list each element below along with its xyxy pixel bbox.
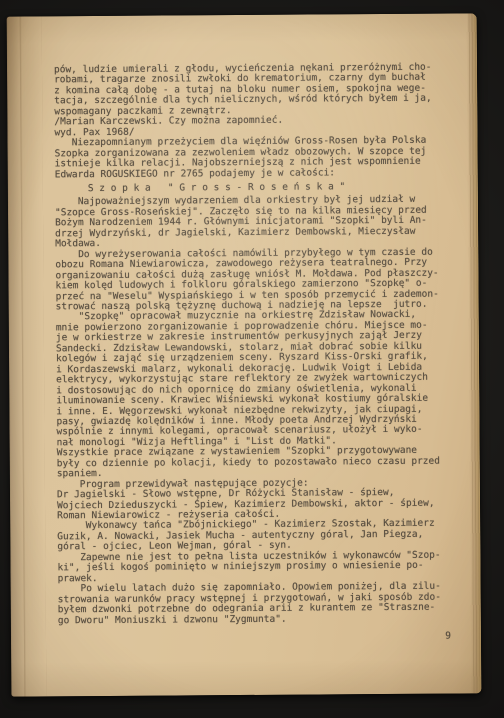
remark-paragraph: Zapewne nie jest to pełna lista uczestni… [57, 550, 453, 584]
closing-paragraph: Po wielu latach dużo się zapomniało. Opo… [58, 582, 454, 627]
book-page: pów, ludzie umierali z głodu, wycieńczen… [7, 13, 482, 696]
page-crease-line [20, 17, 27, 697]
page-number: 9 [58, 632, 454, 645]
intro-paragraph: Niezapomnianym przeżyciem dla więźniów G… [54, 136, 450, 181]
main-text: Najpoważniejszym wydarzeniem dla orkiest… [55, 195, 453, 553]
page-fore-edge [467, 13, 482, 693]
section-heading: S z o p k a " G r o s s - R o s e ń s k … [88, 182, 451, 195]
photo-background: pów, ludzie umierali z głodu, wycieńczen… [0, 0, 504, 718]
quote-paragraph: pów, ludzie umierali z głodu, wycieńczen… [54, 63, 450, 118]
page-gutter-shadow [7, 16, 47, 696]
page-text-column: pów, ludzie umierali z głodu, wycieńczen… [54, 63, 454, 645]
